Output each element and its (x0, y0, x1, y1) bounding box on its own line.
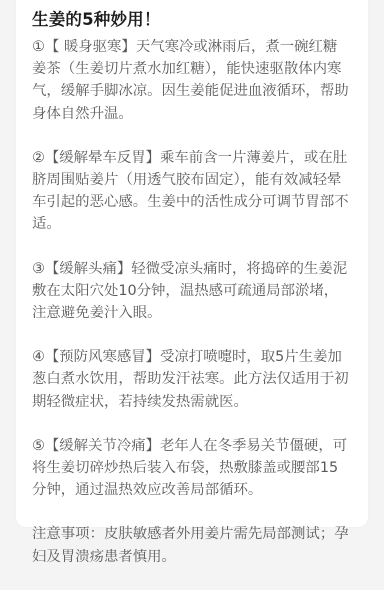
tip-headache: ③【缓解头痛】轻微受凉头痛时，将捣碎的生姜泥敷在太阳穴处10分钟，温热感可疏通局… (32, 258, 350, 325)
article-body: ①【 暖身驱寒】天气寒冷或淋雨后，煮一碗红糖姜茶（生姜切片煮水加红糖），能快速驱… (32, 36, 350, 540)
tip-prevent-cold: ④【预防风寒感冒】受凉打喷嚏时，取5片生姜加葱白煮水饮用，帮助发汗祛寒。此方法仅… (32, 346, 350, 413)
tip-joint-pain: ⑤【缓解关节冷痛】老年人在冬季易关节僵硬，可将生姜切碎炒热后装入布袋，热敷膝盖或… (32, 435, 350, 502)
tip-warm-body: ①【 暖身驱寒】天气寒冷或淋雨后，煮一碗红糖姜茶（生姜切片煮水加红糖），能快速驱… (32, 36, 350, 125)
tip-motion-sickness: ②【缓解晕车反胃】乘车前含一片薄姜片，或在肚脐周围贴姜片（用透气胶布固定），能有… (32, 147, 350, 236)
article-title: 生姜的5种妙用！ (32, 6, 161, 30)
precautions-note: 注意事项：皮肤敏感者外用姜片需先局部测试；孕妇及胃溃疡患者慎用。 (32, 523, 350, 540)
